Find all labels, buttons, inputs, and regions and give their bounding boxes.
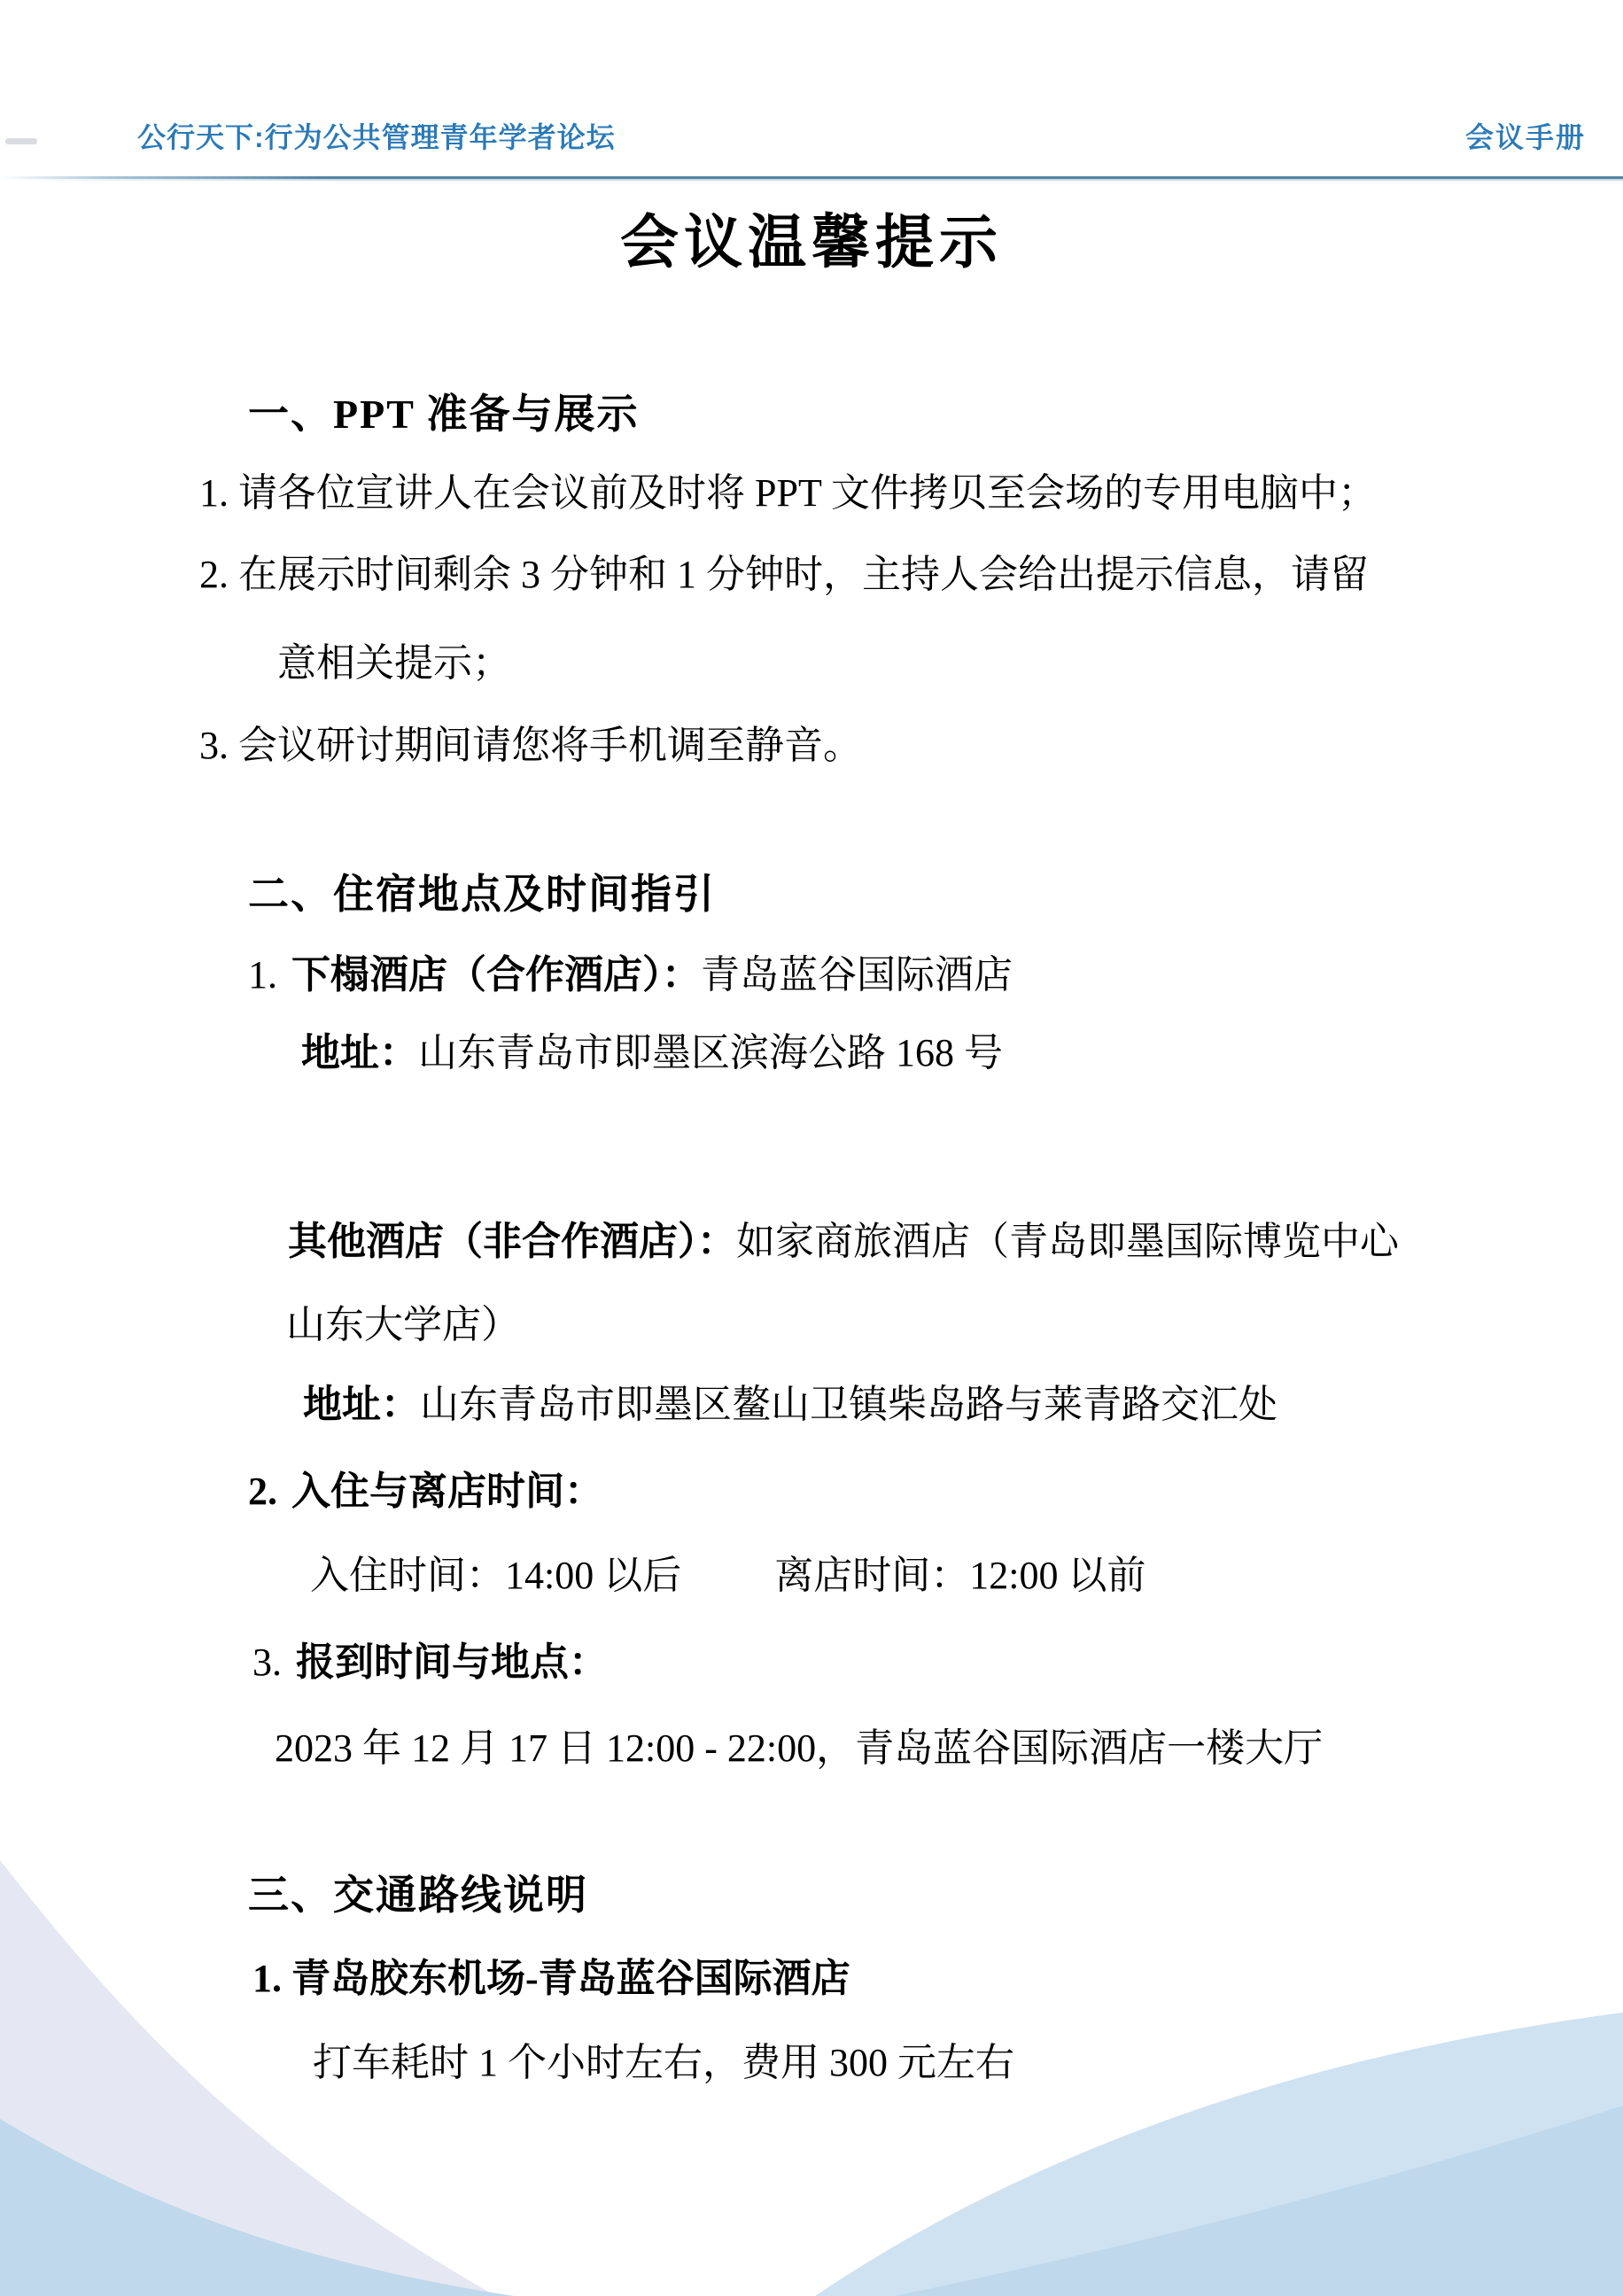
checkin-time: 入住时间：14:00 以后 bbox=[310, 1554, 681, 1597]
registration-number: 3. bbox=[252, 1641, 282, 1684]
section3-heading: 三、交通路线说明 bbox=[248, 1873, 588, 1920]
section2-hotel1-line: 1.下榻酒店（合作酒店）：青岛蓝谷国际酒店 bbox=[248, 953, 1013, 998]
page-title: 会议温馨提示 bbox=[0, 195, 1623, 279]
section3-route1-detail: 打车耗时 1 个小时左右，费用 300 元左右 bbox=[313, 2041, 1014, 2086]
checkinout-number: 2. bbox=[248, 1470, 277, 1513]
section1-heading: 一、PPT 准备与展示 bbox=[248, 392, 640, 438]
header-forum-title: 公行天下:行为公共管理青年学者论坛 bbox=[137, 115, 616, 156]
header-manual-label: 会议手册 bbox=[1465, 115, 1586, 156]
hotel1-name: 青岛蓝谷国际酒店 bbox=[701, 953, 1013, 997]
section2-address1-line: 地址：山东青岛市即墨区滨海公路 168 号 bbox=[301, 1031, 1003, 1076]
section2-registration-heading: 3.报到时间与地点： bbox=[252, 1641, 608, 1686]
section1-item2: 2. 在展示时间剩余 3 分钟和 1 分钟时，主持人会给出提示信息，请留 bbox=[199, 553, 1369, 598]
section3-route1-title: 1. 青岛胶东机场-青岛蓝谷国际酒店 bbox=[252, 1957, 850, 2002]
address1-text: 山东青岛市即墨区滨海公路 168 号 bbox=[418, 1031, 1003, 1074]
registration-label: 报到时间与地点： bbox=[296, 1641, 608, 1684]
section2-checkinout-heading: 2.入住与离店时间： bbox=[248, 1470, 603, 1515]
hotel1-number: 1. bbox=[248, 953, 277, 997]
section2-hotel2-line-continued: 山东大学店） bbox=[286, 1303, 520, 1348]
conference-manual-page: 公行天下:行为公共管理青年学者论坛 会议手册 会议温馨提示 一、PPT 准备与展… bbox=[0, 0, 1623, 2296]
page-edge-artifact bbox=[5, 138, 37, 144]
checkout-time: 离店时间：12:00 以前 bbox=[774, 1554, 1145, 1597]
checkinout-label: 入住与离店时间： bbox=[291, 1470, 603, 1513]
wave-blue-left bbox=[0, 2119, 514, 2296]
section1-item2-continued: 意相关提示； bbox=[277, 641, 511, 686]
hotel2-label: 其他酒店（非合作酒店）： bbox=[288, 1220, 736, 1263]
address2-text: 山东青岛市即墨区鳌山卫镇柴岛路与莱青路交汇处 bbox=[420, 1383, 1277, 1426]
section2-times-line: 入住时间：14:00 以后离店时间：12:00 以前 bbox=[310, 1554, 1145, 1599]
hotel2-name: 如家商旅酒店（青岛即墨国际博览中心 bbox=[736, 1220, 1399, 1263]
hotel1-label: 下榻酒店（合作酒店）： bbox=[291, 953, 701, 997]
section1-item1: 1. 请各位宣讲人在会议前及时将 PPT 文件拷贝至会场的专用电脑中； bbox=[199, 471, 1377, 516]
section2-hotel2-line: 其他酒店（非合作酒店）：如家商旅酒店（青岛即墨国际博览中心 bbox=[288, 1220, 1399, 1265]
section2-address2-line: 地址：山东青岛市即墨区鳌山卫镇柴岛路与莱青路交汇处 bbox=[303, 1383, 1277, 1428]
wave-blue-right bbox=[895, 2106, 1623, 2296]
section1-item3: 3. 会议研讨期间请您将手机调至静音。 bbox=[199, 724, 862, 769]
section2-registration-detail: 2023 年 12 月 17 日 12:00 - 22:00，青岛蓝谷国际酒店一… bbox=[275, 1726, 1323, 1772]
section2-heading: 二、住宿地点及时间指引 bbox=[248, 872, 716, 919]
header-divider-shadow bbox=[0, 179, 1623, 181]
address1-label: 地址： bbox=[301, 1031, 418, 1074]
address2-label: 地址： bbox=[303, 1383, 420, 1426]
